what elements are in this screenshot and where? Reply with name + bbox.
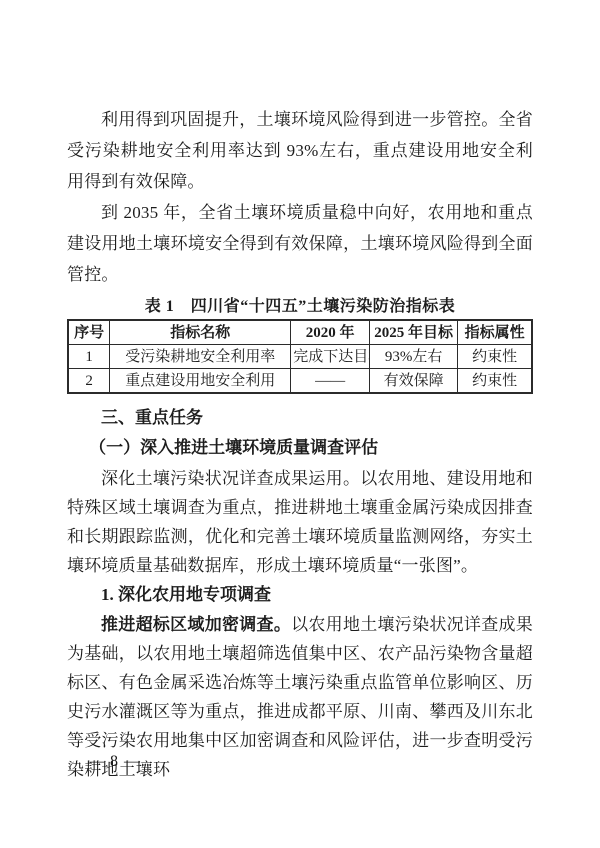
paragraph-goal-2035: 到 2035 年，全省土壤环境质量稳中向好，农用地和重点建设用地土壤环境安全得到…	[67, 197, 533, 290]
heading-item-1: 1. 深化农用地专项调查	[67, 580, 533, 610]
table-caption: 表 1 四川省“十四五”土壤污染防治指标表	[67, 295, 533, 319]
col-header-attribute: 指标属性	[458, 320, 532, 345]
indicator-table: 序号 指标名称 2020 年 2025 年目标 指标属性 1 受污染耕地安全利用…	[67, 319, 533, 394]
table-row: 1 受污染耕地安全利用率 完成下达目标 93%左右 约束性	[68, 345, 532, 369]
cell-index: 1	[68, 345, 110, 369]
heading-section-3: 三、重点任务	[67, 404, 533, 432]
run-in-heading: 推进超标区域加密调查。	[101, 615, 291, 634]
cell-2025-target: 有效保障	[370, 369, 458, 394]
cell-2025-target: 93%左右	[370, 345, 458, 369]
paragraph-survey-results: 深化土壤污染状况详查成果运用。以农用地、建设用地和特殊区域土壤调查为重点，推进耕…	[67, 464, 533, 580]
col-header-index: 序号	[68, 320, 110, 345]
document-page: 利用得到巩固提升，土壤环境风险得到进一步管控。全省受污染耕地安全利用率达到 93…	[0, 0, 600, 848]
col-header-2020: 2020 年	[291, 320, 370, 345]
heading-subsection-1: （一）深入推进土壤环境质量调查评估	[67, 432, 533, 464]
table-header-row: 序号 指标名称 2020 年 2025 年目标 指标属性	[68, 320, 532, 345]
cell-2020-value: ——	[291, 369, 370, 394]
cell-attribute: 约束性	[458, 369, 532, 394]
cell-indicator-name: 重点建设用地安全利用	[110, 369, 291, 394]
cell-2020-value: 完成下达目标	[291, 345, 370, 369]
cell-indicator-name: 受污染耕地安全利用率	[110, 345, 291, 369]
paragraph-goal-2025: 利用得到巩固提升，土壤环境风险得到进一步管控。全省受污染耕地安全利用率达到 93…	[67, 104, 533, 197]
cell-index: 2	[68, 369, 110, 394]
table-row: 2 重点建设用地安全利用 —— 有效保障 约束性	[68, 369, 532, 394]
page-number: — 8 —	[88, 753, 141, 771]
page-content: 利用得到巩固提升，土壤环境风险得到进一步管控。全省受污染耕地安全利用率达到 93…	[0, 0, 600, 784]
cell-attribute: 约束性	[458, 345, 532, 369]
col-header-2025-target: 2025 年目标	[370, 320, 458, 345]
col-header-indicator-name: 指标名称	[110, 320, 291, 345]
